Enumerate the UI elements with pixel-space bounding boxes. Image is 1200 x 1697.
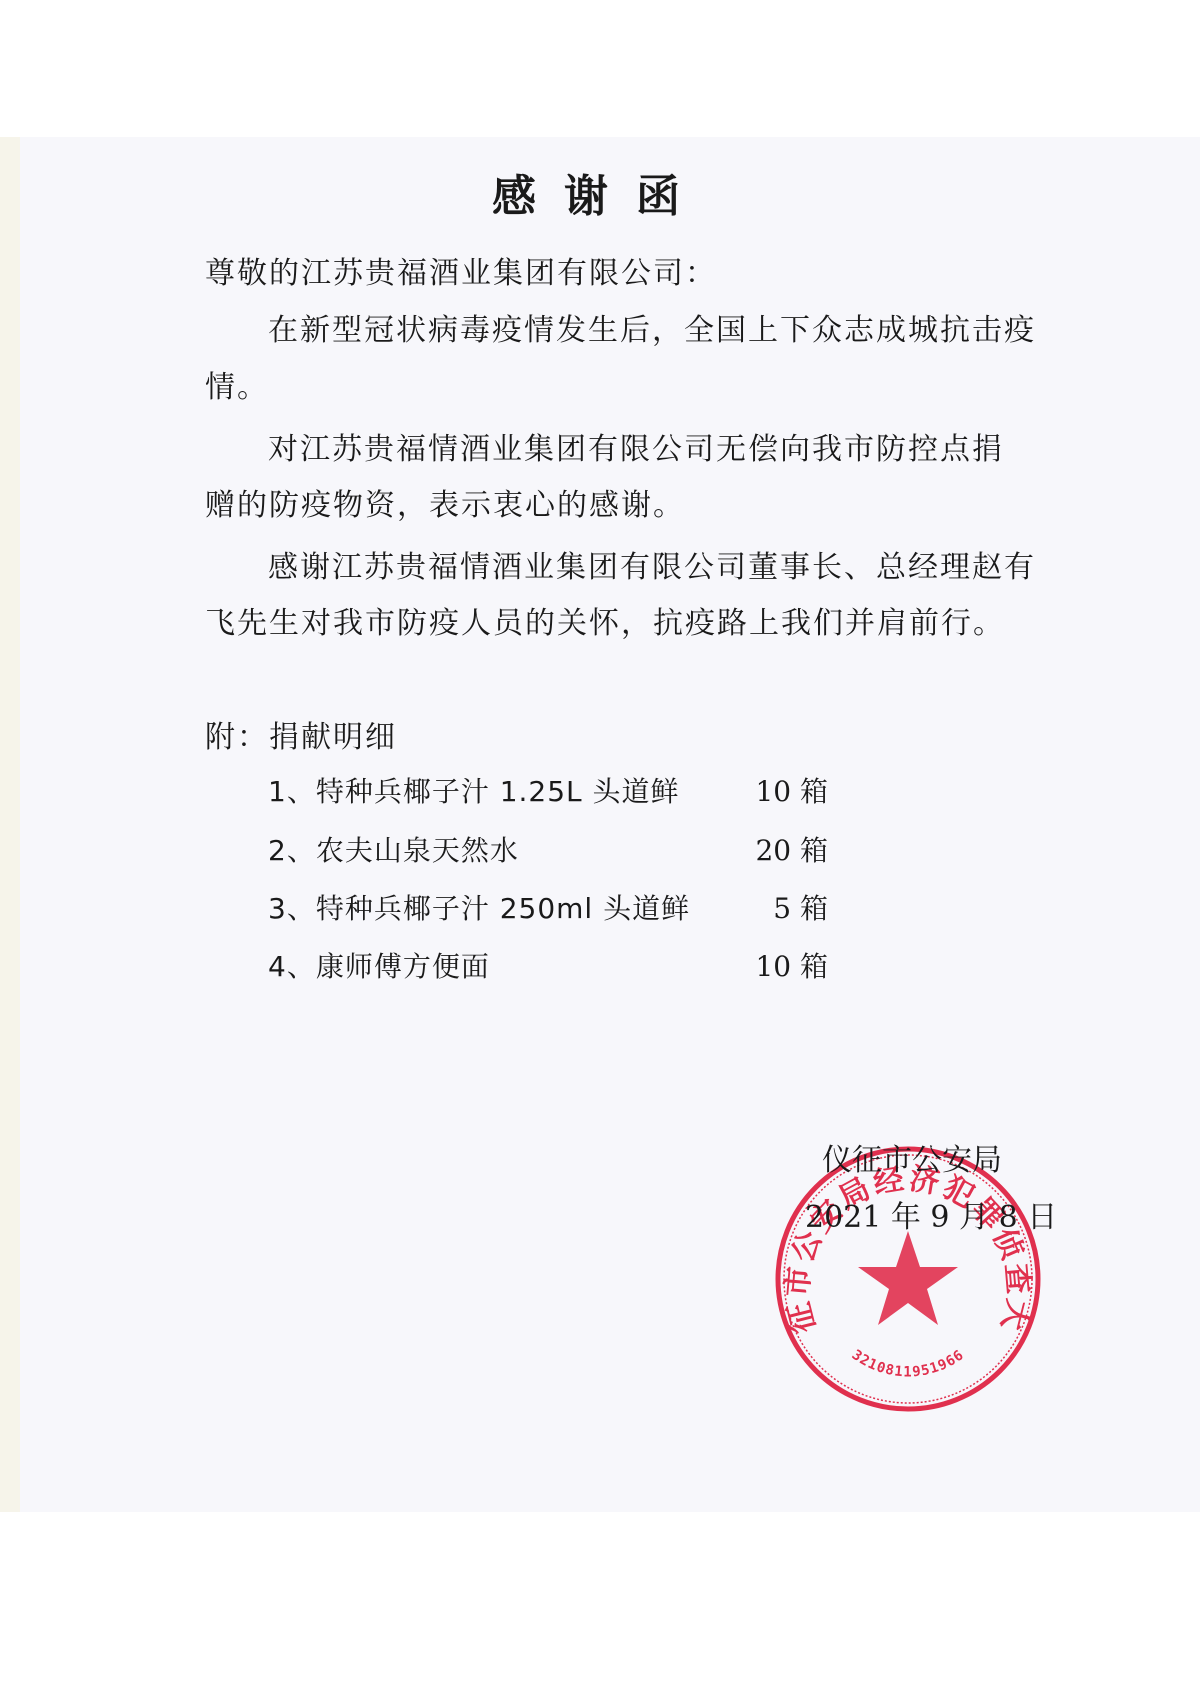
signing-date: 2021 年 9 月 8 日 <box>805 1192 1057 1236</box>
donation-item: 4、康师傅方便面 <box>268 945 490 985</box>
donation-item: 2、农夫山泉天然水 <box>268 829 519 869</box>
donation-qty: 5 箱 <box>748 887 828 927</box>
paragraph-2-line-1: 对江苏贵福情酒业集团有限公司无偿向我市防控点捐 <box>268 424 1004 468</box>
paragraph-3-line-2: 飞先生对我市防疫人员的关怀，抗疫路上我们并肩前行。 <box>205 598 1005 642</box>
donation-qty: 10 箱 <box>748 945 828 985</box>
donation-item: 3、特种兵椰子汁 250ml 头道鲜 <box>268 887 690 927</box>
paragraph-2-line-2: 赠的防疫物资，表示衷心的感谢。 <box>205 480 685 524</box>
donation-qty: 10 箱 <box>748 770 828 810</box>
donation-item: 1、特种兵椰子汁 1.25L 头道鲜 <box>268 770 680 810</box>
document-title: 感谢函 <box>0 160 1200 224</box>
paragraph-3-line-1: 感谢江苏贵福情酒业集团有限公司董事长、总经理赵有 <box>268 542 1036 586</box>
paragraph-1-line-1: 在新型冠状病毒疫情发生后，全国上下众志成城抗击疫 <box>268 305 1036 349</box>
salutation: 尊敬的江苏贵福酒业集团有限公司： <box>205 248 717 292</box>
paragraph-1-line-2: 情。 <box>205 362 269 406</box>
attachment-heading: 附：捐献明细 <box>205 712 397 756</box>
donation-qty: 20 箱 <box>748 829 828 869</box>
signing-organization: 仪征市公安局 <box>822 1135 1002 1179</box>
svg-text:3210811951966: 3210811951966 <box>849 1347 968 1380</box>
official-seal-icon: 仪征市公安局经济犯罪侦查大队 3210811951966 <box>772 1143 1044 1415</box>
